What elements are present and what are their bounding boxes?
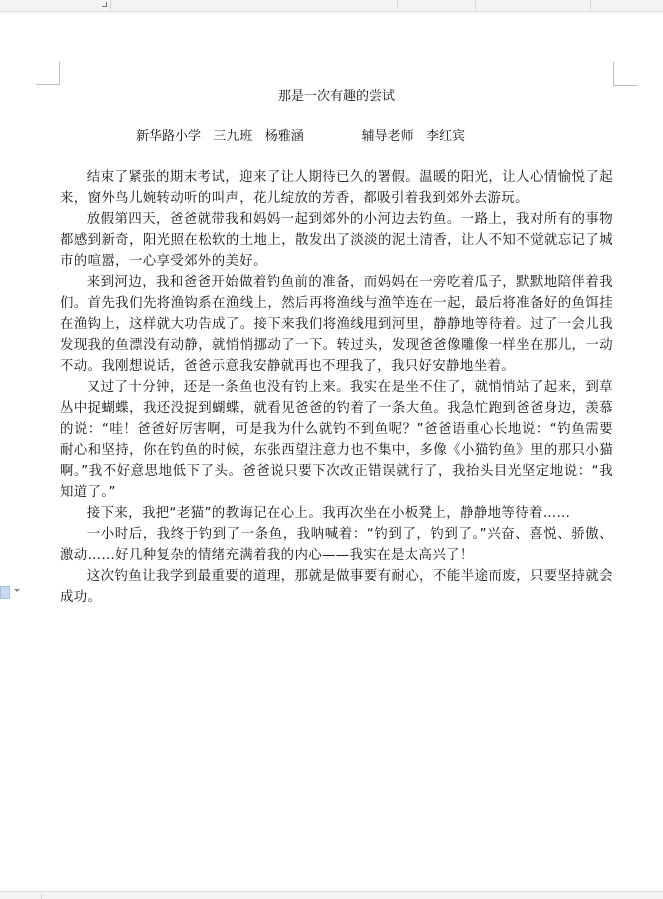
top-ruler-bar	[0, 0, 663, 12]
paste-options-icon[interactable]	[0, 586, 10, 599]
ruler-divider	[110, 0, 111, 10]
crop-mark-top-right-horizontal	[613, 85, 637, 86]
paragraph: 这次钓鱼让我学到最重要的道理，那就是做事要有耐心，不能半途而废，只要坚持就会成功…	[60, 566, 613, 608]
paragraph: 放假第四天，爸爸就带我和妈妈一起到郊外的小河边去钓鱼。一路上，我对所有的事物都感…	[60, 209, 613, 272]
status-bar-divider	[41, 894, 42, 899]
ruler-divider	[397, 0, 398, 10]
crop-mark-top-left-vertical	[59, 62, 60, 85]
paragraph: 又过了十分钟，还是一条鱼也没有钓上来。我实在是坐不住了，就悄悄站了起来，到草丛中…	[60, 377, 613, 503]
document-title: 那是一次有趣的尝试	[60, 88, 613, 106]
ruler-divider	[590, 0, 591, 10]
crop-mark-top-right-vertical	[613, 62, 614, 85]
author-byline: 新华路小学 三九班 杨雅涵 辅导老师 李红宾	[136, 128, 465, 146]
ruler-divider	[475, 0, 476, 10]
paragraph: 一小时后，我终于钓到了一条鱼，我呐喊着：“钓到了，钓到了。”兴奋、喜悦、骄傲、激…	[60, 524, 613, 566]
crop-mark-top-left-horizontal	[36, 84, 60, 85]
document-body[interactable]: 结束了紧张的期末考试，迎来了让人期待已久的署假。温暖的阳光，让人心情愉悦了起来，…	[60, 167, 613, 608]
paragraph: 接下来，我把“老猫”的教诲记在心上。我再次坐在小板凳上，静静地等待着……	[60, 503, 613, 524]
ruler-corner-marker	[102, 2, 107, 7]
paste-options-dropdown-icon[interactable]	[14, 589, 20, 592]
paragraph: 来到河边，我和爸爸开始做着钓鱼前的准备，而妈妈在一旁吃着瓜子，默默地陪伴着我们。…	[60, 272, 613, 377]
paragraph: 结束了紧张的期末考试，迎来了让人期待已久的署假。温暖的阳光，让人心情愉悦了起来，…	[60, 167, 613, 209]
status-bar	[0, 891, 663, 899]
